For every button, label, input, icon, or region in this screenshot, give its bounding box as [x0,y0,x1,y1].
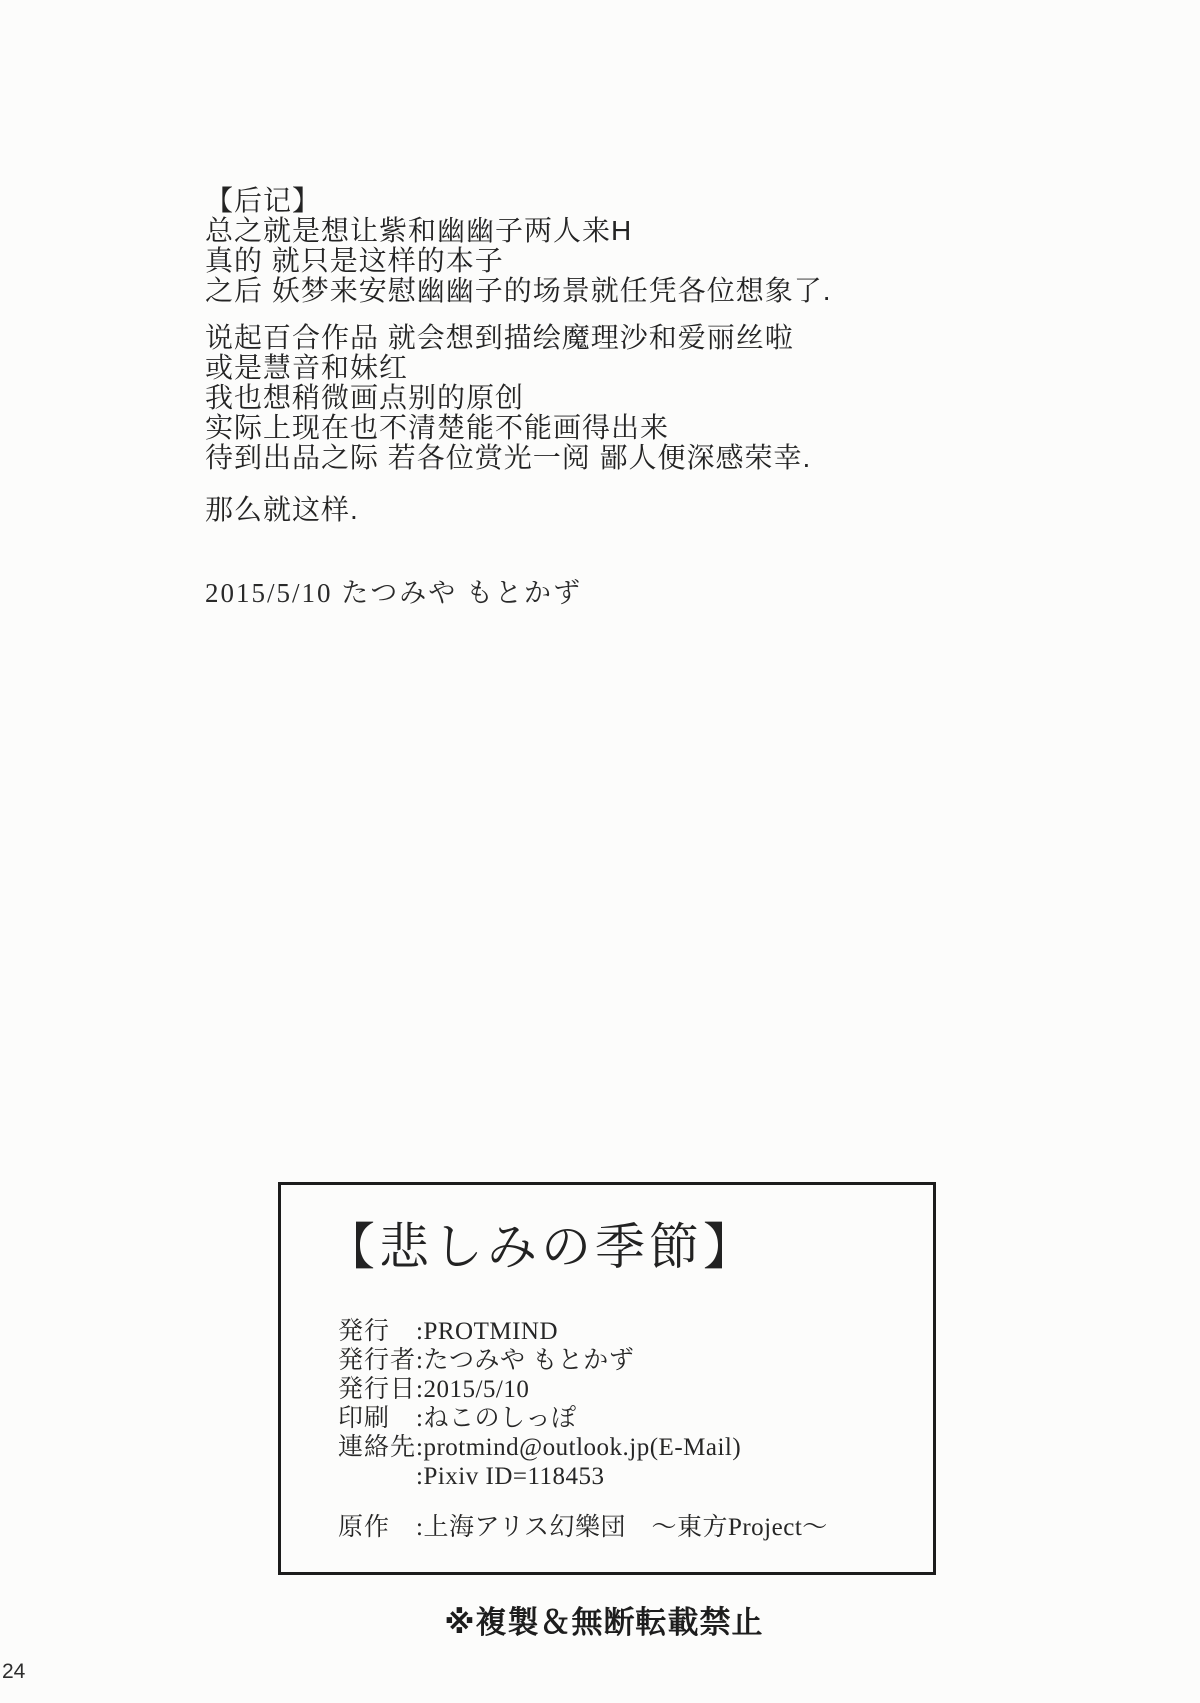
colophon-value: :protmind@outlook.jp(E-Mail) [416,1433,741,1462]
colophon-row-contact-pixiv: :Pixiv ID=118453 [338,1462,828,1491]
colophon-value: :上海アリス幻樂団 ～東方Project～ [416,1513,828,1542]
colophon-row-author: 発行者:たつみや もとかず [338,1346,828,1375]
colophon-box: 【悲しみの季節】 発行:PROTMIND 発行者:たつみや もとかず 発行日:2… [278,1182,936,1575]
colophon-value: :Pixiv ID=118453 [416,1462,605,1491]
colophon-row-original-work: 原作:上海アリス幻樂団 ～東方Project～ [338,1513,828,1542]
afterword-line: 实际上现在也不清楚能不能画得出来 [205,413,832,443]
afterword-line: 或是慧音和妹红 [205,353,832,383]
colophon-label: 印刷 [338,1404,416,1433]
colophon-value: :PROTMIND [416,1317,558,1346]
afterword-line: 我也想稍微画点别的原创 [205,383,832,413]
afterword-paragraph-2: 说起百合作品 就会想到描绘魔理沙和爱丽丝啦 或是慧音和妹红 我也想稍微画点别的原… [205,323,832,473]
colophon-label: 連絡先 [338,1433,416,1462]
colophon-entries: 発行:PROTMIND 発行者:たつみや もとかず 発行日:2015/5/10 … [338,1317,828,1542]
book-title: 【悲しみの季節】 [325,1207,757,1279]
colophon-value: :たつみや もとかず [416,1346,634,1375]
colophon-row-date: 発行日:2015/5/10 [338,1375,828,1404]
colophon-label [338,1462,416,1491]
afterword-line: 之后 妖梦来安慰幽幽子的场景就任凭各位想象了. [205,276,832,306]
colophon-row-publisher: 発行:PROTMIND [338,1317,828,1346]
afterword-paragraph-1: 总之就是想让紫和幽幽子两人来H 真的 就只是这样的本子 之后 妖梦来安慰幽幽子的… [205,216,832,306]
afterword-closing: 那么就这样. [205,495,832,525]
colophon-row-printer: 印刷:ねこのしっぽ [338,1404,828,1433]
colophon-row-contact-email: 連絡先:protmind@outlook.jp(E-Mail) [338,1433,828,1462]
colophon-label: 原作 [338,1513,416,1542]
no-reproduction-notice: ※複製＆無断転載禁止 [278,1597,930,1642]
afterword-heading: 【后记】 [205,186,832,216]
afterword-text-block: 【后记】 总之就是想让紫和幽幽子两人来H 真的 就只是这样的本子 之后 妖梦来安… [205,186,832,608]
afterword-line: 总之就是想让紫和幽幽子两人来H [205,216,832,246]
colophon-label: 発行 [338,1317,416,1346]
colophon-value: :ねこのしっぽ [416,1404,576,1433]
colophon-label: 発行日 [338,1375,416,1404]
afterword-line: 真的 就只是这样的本子 [205,246,832,276]
afterword-line: 说起百合作品 就会想到描绘魔理沙和爱丽丝啦 [205,323,832,353]
colophon-value: :2015/5/10 [416,1375,529,1404]
colophon-label: 発行者 [338,1346,416,1375]
scanned-doujin-afterword-page: 【后记】 总之就是想让紫和幽幽子两人来H 真的 就只是这样的本子 之后 妖梦来安… [0,0,1200,1703]
afterword-line: 待到出品之际 若各位赏光一阅 鄙人便深感荣幸. [205,443,832,473]
page-number: 24 [2,1660,25,1684]
date-signature: 2015/5/10 たつみや もとかず [205,578,832,608]
